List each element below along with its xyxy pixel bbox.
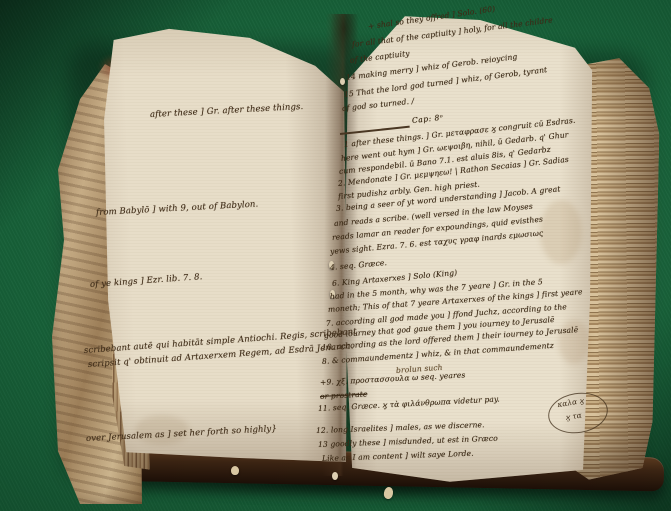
left-page-line: over Jerusalem as ] set her forth so hig… [86,424,277,444]
right-page-text: + shal so they offred ] Solo. (60) for a… [336,0,656,511]
left-page-text: after these ] Gr. after these things. fr… [80,0,350,511]
right-page-line: of the captiuity [349,49,410,65]
right-page-line: +9. χξ. προστασσουλα ω seq. yeares [320,370,466,387]
left-page-line: after these ] Gr. after these things. [150,102,304,120]
photo-background-felt: after these ] Gr. after these things. fr… [0,0,671,511]
left-page-line: of ye kings ] Ezr. lib. 7. 8. [90,272,203,290]
right-page-line: 4. seq. Græce. [330,258,388,272]
left-page-line: from Babylō ] with 9, out of Babylon. [96,199,259,217]
right-page-line: 13 goodly these ] misdunded, ut est in G… [318,434,498,449]
struck-line: or prostrate [320,390,368,401]
chapter-heading: Cap: 8ᵒ [412,113,444,125]
right-page-line: Like as I am content ] wilt saye Lorde. [322,449,474,463]
right-page-line: of god so turned. / [342,96,415,113]
right-page-line: 12. long Israelites ] males, as we disce… [316,420,485,435]
margin-note-line: ϗ τα [565,411,582,422]
margin-note-line: καλα ϗ [557,396,585,409]
